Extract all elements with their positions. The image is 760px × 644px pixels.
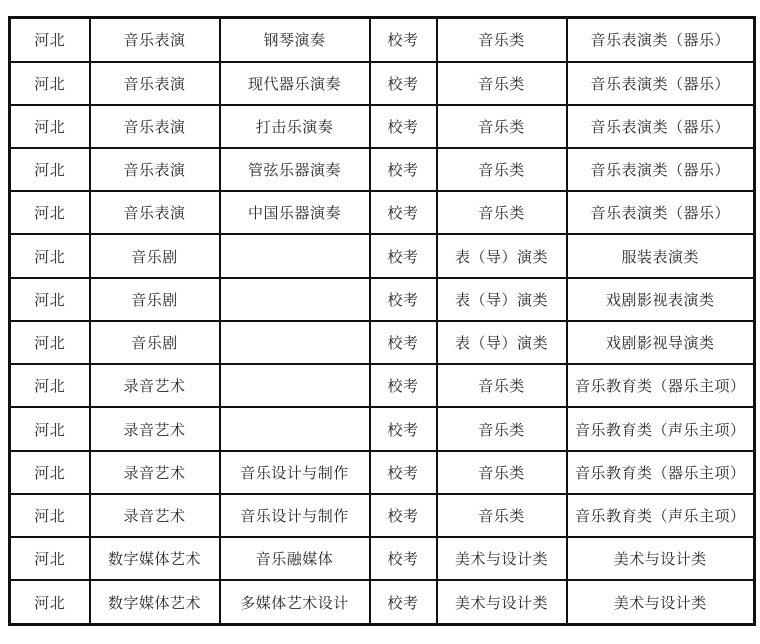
table-row: 河北音乐剧校考表（导）演类戏剧影视导演类 [10,321,755,364]
cell-category: 音乐类 [437,62,567,105]
cell-category: 美术与设计类 [437,537,567,580]
cell-subcategory: 服装表演类 [567,234,755,277]
cell-direction: 中国乐器演奏 [220,191,370,234]
cell-category: 音乐类 [437,105,567,148]
cell-subcategory: 音乐表演类（器乐） [567,105,755,148]
cell-subcategory: 音乐教育类（器乐主项） [567,364,755,407]
cell-subcategory: 音乐表演类（器乐） [567,148,755,191]
cell-category: 音乐类 [437,191,567,234]
cell-subcategory: 音乐教育类（器乐主项） [567,451,755,494]
cell-direction [220,407,370,450]
cell-direction [220,234,370,277]
cell-exam_type: 校考 [370,278,437,321]
cell-major: 音乐表演 [90,191,220,234]
table-row: 河北数字媒体艺术多媒体艺术设计校考美术与设计类美术与设计类 [10,580,755,624]
table-row: 河北录音艺术校考音乐类音乐教育类（声乐主项） [10,407,755,450]
table-row: 河北音乐剧校考表（导）演类戏剧影视表演类 [10,278,755,321]
cell-direction [220,364,370,407]
cell-exam_type: 校考 [370,105,437,148]
cell-major: 音乐表演 [90,62,220,105]
cell-category: 音乐类 [437,364,567,407]
cell-major: 数字媒体艺术 [90,580,220,624]
cell-exam_type: 校考 [370,494,437,537]
cell-province: 河北 [10,148,90,191]
cell-major: 音乐剧 [90,321,220,364]
table-row: 河北音乐表演打击乐演奏校考音乐类音乐表演类（器乐） [10,105,755,148]
cell-exam_type: 校考 [370,537,437,580]
cell-exam_type: 校考 [370,407,437,450]
cell-exam_type: 校考 [370,321,437,364]
cell-major: 音乐剧 [90,234,220,277]
cell-category: 表（导）演类 [437,278,567,321]
cell-direction: 现代器乐演奏 [220,62,370,105]
cell-direction [220,278,370,321]
table-row: 河北音乐表演现代器乐演奏校考音乐类音乐表演类（器乐） [10,62,755,105]
cell-major: 音乐表演 [90,18,220,62]
cell-category: 音乐类 [437,451,567,494]
cell-province: 河北 [10,18,90,62]
cell-province: 河北 [10,580,90,624]
cell-subcategory: 美术与设计类 [567,580,755,624]
table-row: 河北音乐表演管弦乐器演奏校考音乐类音乐表演类（器乐） [10,148,755,191]
cell-category: 音乐类 [437,494,567,537]
table-row: 河北音乐表演钢琴演奏校考音乐类音乐表演类（器乐） [10,18,755,62]
cell-exam_type: 校考 [370,148,437,191]
cell-exam_type: 校考 [370,62,437,105]
admissions-table: 河北音乐表演钢琴演奏校考音乐类音乐表演类（器乐）河北音乐表演现代器乐演奏校考音乐… [8,16,756,626]
cell-subcategory: 戏剧影视导演类 [567,321,755,364]
cell-subcategory: 音乐表演类（器乐） [567,191,755,234]
cell-province: 河北 [10,191,90,234]
table-row: 河北录音艺术音乐设计与制作校考音乐类音乐教育类（器乐主项） [10,451,755,494]
cell-exam_type: 校考 [370,18,437,62]
cell-direction: 管弦乐器演奏 [220,148,370,191]
cell-major: 音乐表演 [90,148,220,191]
cell-subcategory: 美术与设计类 [567,537,755,580]
cell-direction: 音乐设计与制作 [220,451,370,494]
cell-province: 河北 [10,494,90,537]
cell-province: 河北 [10,537,90,580]
table-row: 河北音乐表演中国乐器演奏校考音乐类音乐表演类（器乐） [10,191,755,234]
cell-subcategory: 音乐教育类（声乐主项） [567,494,755,537]
cell-exam_type: 校考 [370,580,437,624]
cell-major: 录音艺术 [90,364,220,407]
cell-province: 河北 [10,62,90,105]
cell-major: 录音艺术 [90,407,220,450]
cell-direction: 打击乐演奏 [220,105,370,148]
cell-major: 音乐表演 [90,105,220,148]
cell-category: 音乐类 [437,18,567,62]
table-row: 河北音乐剧校考表（导）演类服装表演类 [10,234,755,277]
cell-direction: 多媒体艺术设计 [220,580,370,624]
cell-province: 河北 [10,407,90,450]
table-row: 河北录音艺术音乐设计与制作校考音乐类音乐教育类（声乐主项） [10,494,755,537]
cell-direction: 音乐设计与制作 [220,494,370,537]
cell-exam_type: 校考 [370,364,437,407]
cell-category: 音乐类 [437,148,567,191]
cell-category: 表（导）演类 [437,321,567,364]
cell-category: 表（导）演类 [437,234,567,277]
cell-major: 数字媒体艺术 [90,537,220,580]
table-row: 河北录音艺术校考音乐类音乐教育类（器乐主项） [10,364,755,407]
table-row: 河北数字媒体艺术音乐融媒体校考美术与设计类美术与设计类 [10,537,755,580]
cell-exam_type: 校考 [370,191,437,234]
cell-direction [220,321,370,364]
document-page: 河北音乐表演钢琴演奏校考音乐类音乐表演类（器乐）河北音乐表演现代器乐演奏校考音乐… [0,0,760,644]
cell-province: 河北 [10,321,90,364]
cell-exam_type: 校考 [370,451,437,494]
cell-direction: 钢琴演奏 [220,18,370,62]
cell-major: 录音艺术 [90,451,220,494]
cell-category: 音乐类 [437,407,567,450]
cell-subcategory: 音乐表演类（器乐） [567,62,755,105]
cell-province: 河北 [10,451,90,494]
cell-province: 河北 [10,234,90,277]
cell-major: 音乐剧 [90,278,220,321]
cell-subcategory: 音乐表演类（器乐） [567,18,755,62]
cell-subcategory: 戏剧影视表演类 [567,278,755,321]
cell-province: 河北 [10,278,90,321]
admissions-table-body: 河北音乐表演钢琴演奏校考音乐类音乐表演类（器乐）河北音乐表演现代器乐演奏校考音乐… [10,18,755,625]
cell-exam_type: 校考 [370,234,437,277]
cell-province: 河北 [10,364,90,407]
cell-subcategory: 音乐教育类（声乐主项） [567,407,755,450]
cell-major: 录音艺术 [90,494,220,537]
cell-province: 河北 [10,105,90,148]
cell-category: 美术与设计类 [437,580,567,624]
cell-direction: 音乐融媒体 [220,537,370,580]
